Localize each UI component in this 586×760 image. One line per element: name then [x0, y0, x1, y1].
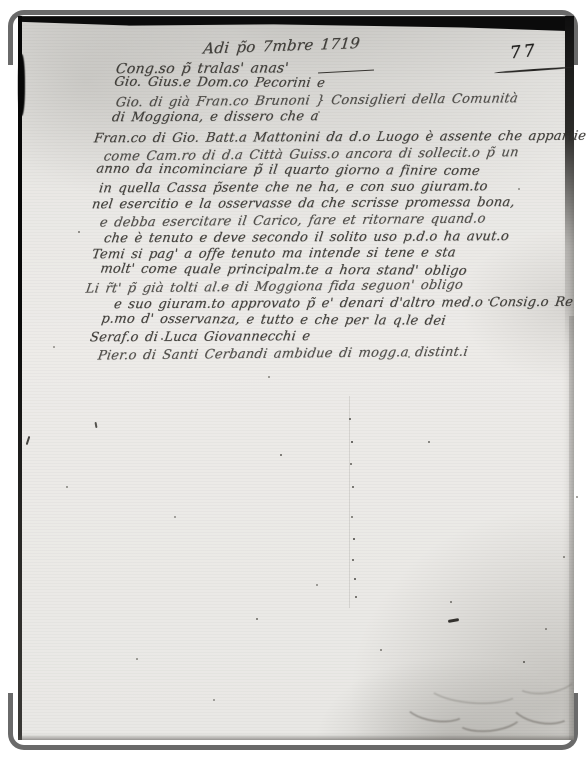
handwritten-text-block: Adi p̃o 7mbre 1719 Cong.so p̃ tralas' an…: [86, 34, 578, 362]
manuscript-line: e suo giuram.to approvato p̃ e' denari d…: [113, 295, 580, 314]
paper-specks: [18, 16, 20, 18]
scan-edge-left: [18, 16, 22, 740]
scan-edge-left-smudge: [18, 54, 25, 116]
water-stain-ripples: [396, 664, 574, 740]
vertical-crease: [349, 396, 350, 608]
manuscript-line: di Moggiona, e dissero che a: [111, 108, 580, 127]
scanned-manuscript-page: { "manuscript": { "page_number": "77", "…: [0, 0, 586, 760]
manuscript-paper: 77 Adi p̃o 7mbre 1719 Cong.so p̃ tralas'…: [18, 16, 574, 740]
